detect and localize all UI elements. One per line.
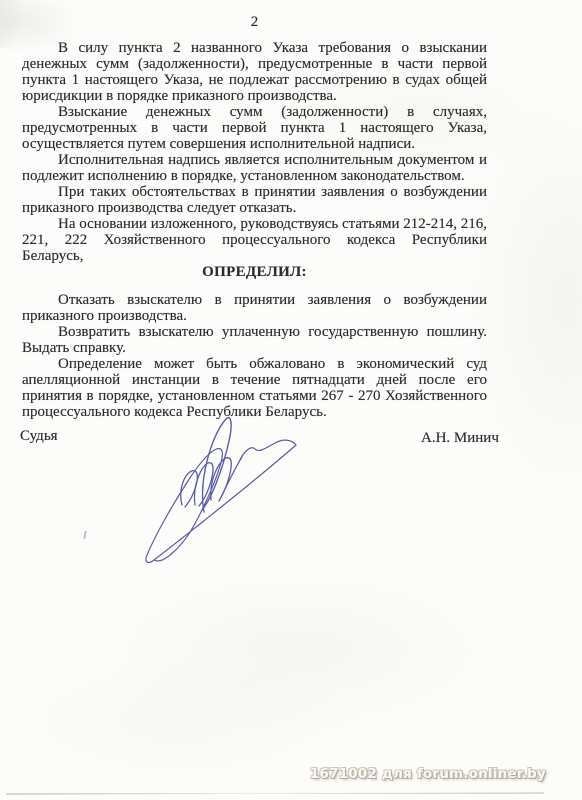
document-body: В силу пункта 2 названного Указа требова… — [22, 40, 487, 420]
paragraph: На основании изложенного, руководствуясь… — [22, 216, 487, 264]
paragraph: В силу пункта 2 названного Указа требова… — [22, 40, 487, 104]
ruling-heading: ОПРЕДЕЛИЛ: — [22, 264, 487, 280]
signer-role-label: Судья — [20, 428, 58, 445]
scan-edge-line — [6, 793, 544, 795]
page-number: 2 — [22, 14, 487, 31]
ruling-paragraph: Возвратить взыскателю уплаченную государ… — [22, 324, 487, 356]
signer-name: А.Н. Минич — [421, 430, 499, 447]
scanned-document-page: 2 В силу пункта 2 названного Указа требо… — [0, 0, 582, 800]
paragraph: Исполнительная надпись является исполнит… — [22, 152, 487, 184]
scan-artifact-mark — [83, 531, 86, 539]
paragraph: При таких обстоятельствах в принятии зая… — [22, 184, 487, 216]
paragraph: Взыскание денежных сумм (задолженности) … — [22, 104, 487, 152]
watermark-text: 1671002 для forum.onliner.by — [310, 766, 546, 782]
handwritten-signature — [138, 408, 306, 574]
ruling-paragraph: Отказать взыскателю в принятии заявления… — [22, 292, 487, 324]
